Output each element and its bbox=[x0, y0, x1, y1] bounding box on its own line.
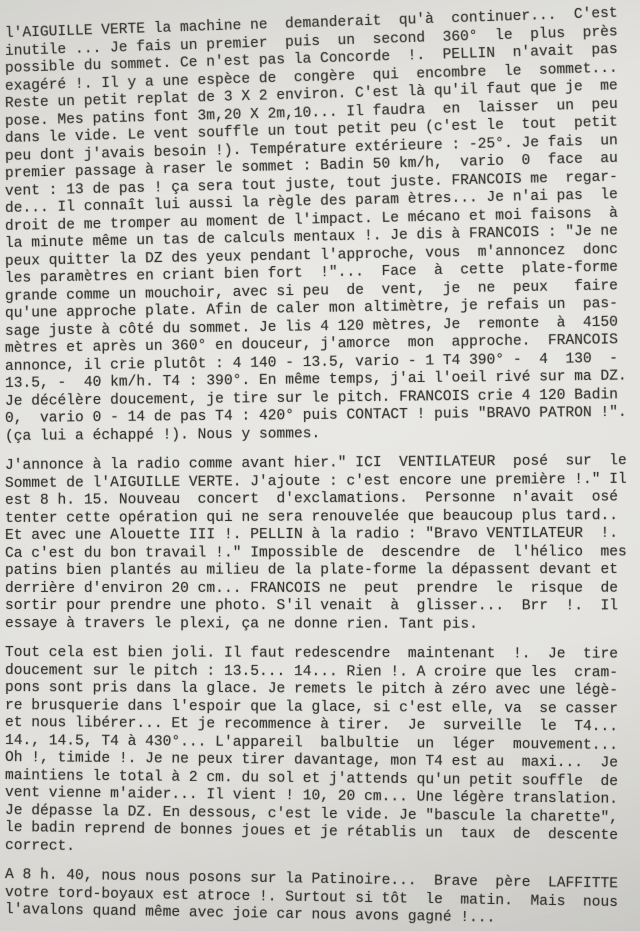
document-photo: l'AIGUILLE VERTE la machine ne demandera… bbox=[0, 0, 640, 931]
text-line: Tout cela est bien joli. Il faut redesce… bbox=[5, 645, 636, 664]
text-line: patins bien plantés au milieu de la plat… bbox=[5, 562, 636, 580]
text-line: tenter cette opération qui ne sera renou… bbox=[5, 508, 636, 528]
text-line: sortir pour prendre une photo. S'il vena… bbox=[5, 598, 636, 616]
text-line: pons sont pris dans la glace. Je remets … bbox=[5, 680, 636, 701]
typewritten-page: l'AIGUILLE VERTE la machine ne demandera… bbox=[0, 0, 640, 920]
paragraph-4: A 8 h. 40, nous nous posons sur la Patin… bbox=[5, 867, 636, 920]
text-line: Ca c'est du bon travail !." Impossible d… bbox=[5, 544, 636, 563]
text-line: est 8 h. 15. Nouveau concert d'exclamati… bbox=[5, 489, 636, 510]
paragraph-3: Tout cela est bien joli. Il faut redesce… bbox=[5, 645, 636, 855]
text-line: Et avec une Alouette III !. PELLIN à la … bbox=[5, 526, 636, 546]
text-line: doucement sur le pitch : 13.5... 14... R… bbox=[5, 663, 636, 683]
text-line: essaye à travers le plexi, ça ne donne r… bbox=[5, 616, 636, 635]
paragraph-1: l'AIGUILLE VERTE la machine ne demandera… bbox=[5, 26, 636, 446]
paragraph-2: J'annonce à la radio comme avant hier." … bbox=[5, 458, 636, 633]
text-line: derrière d'environ 20 cm... FRANCOIS ne … bbox=[5, 580, 636, 598]
